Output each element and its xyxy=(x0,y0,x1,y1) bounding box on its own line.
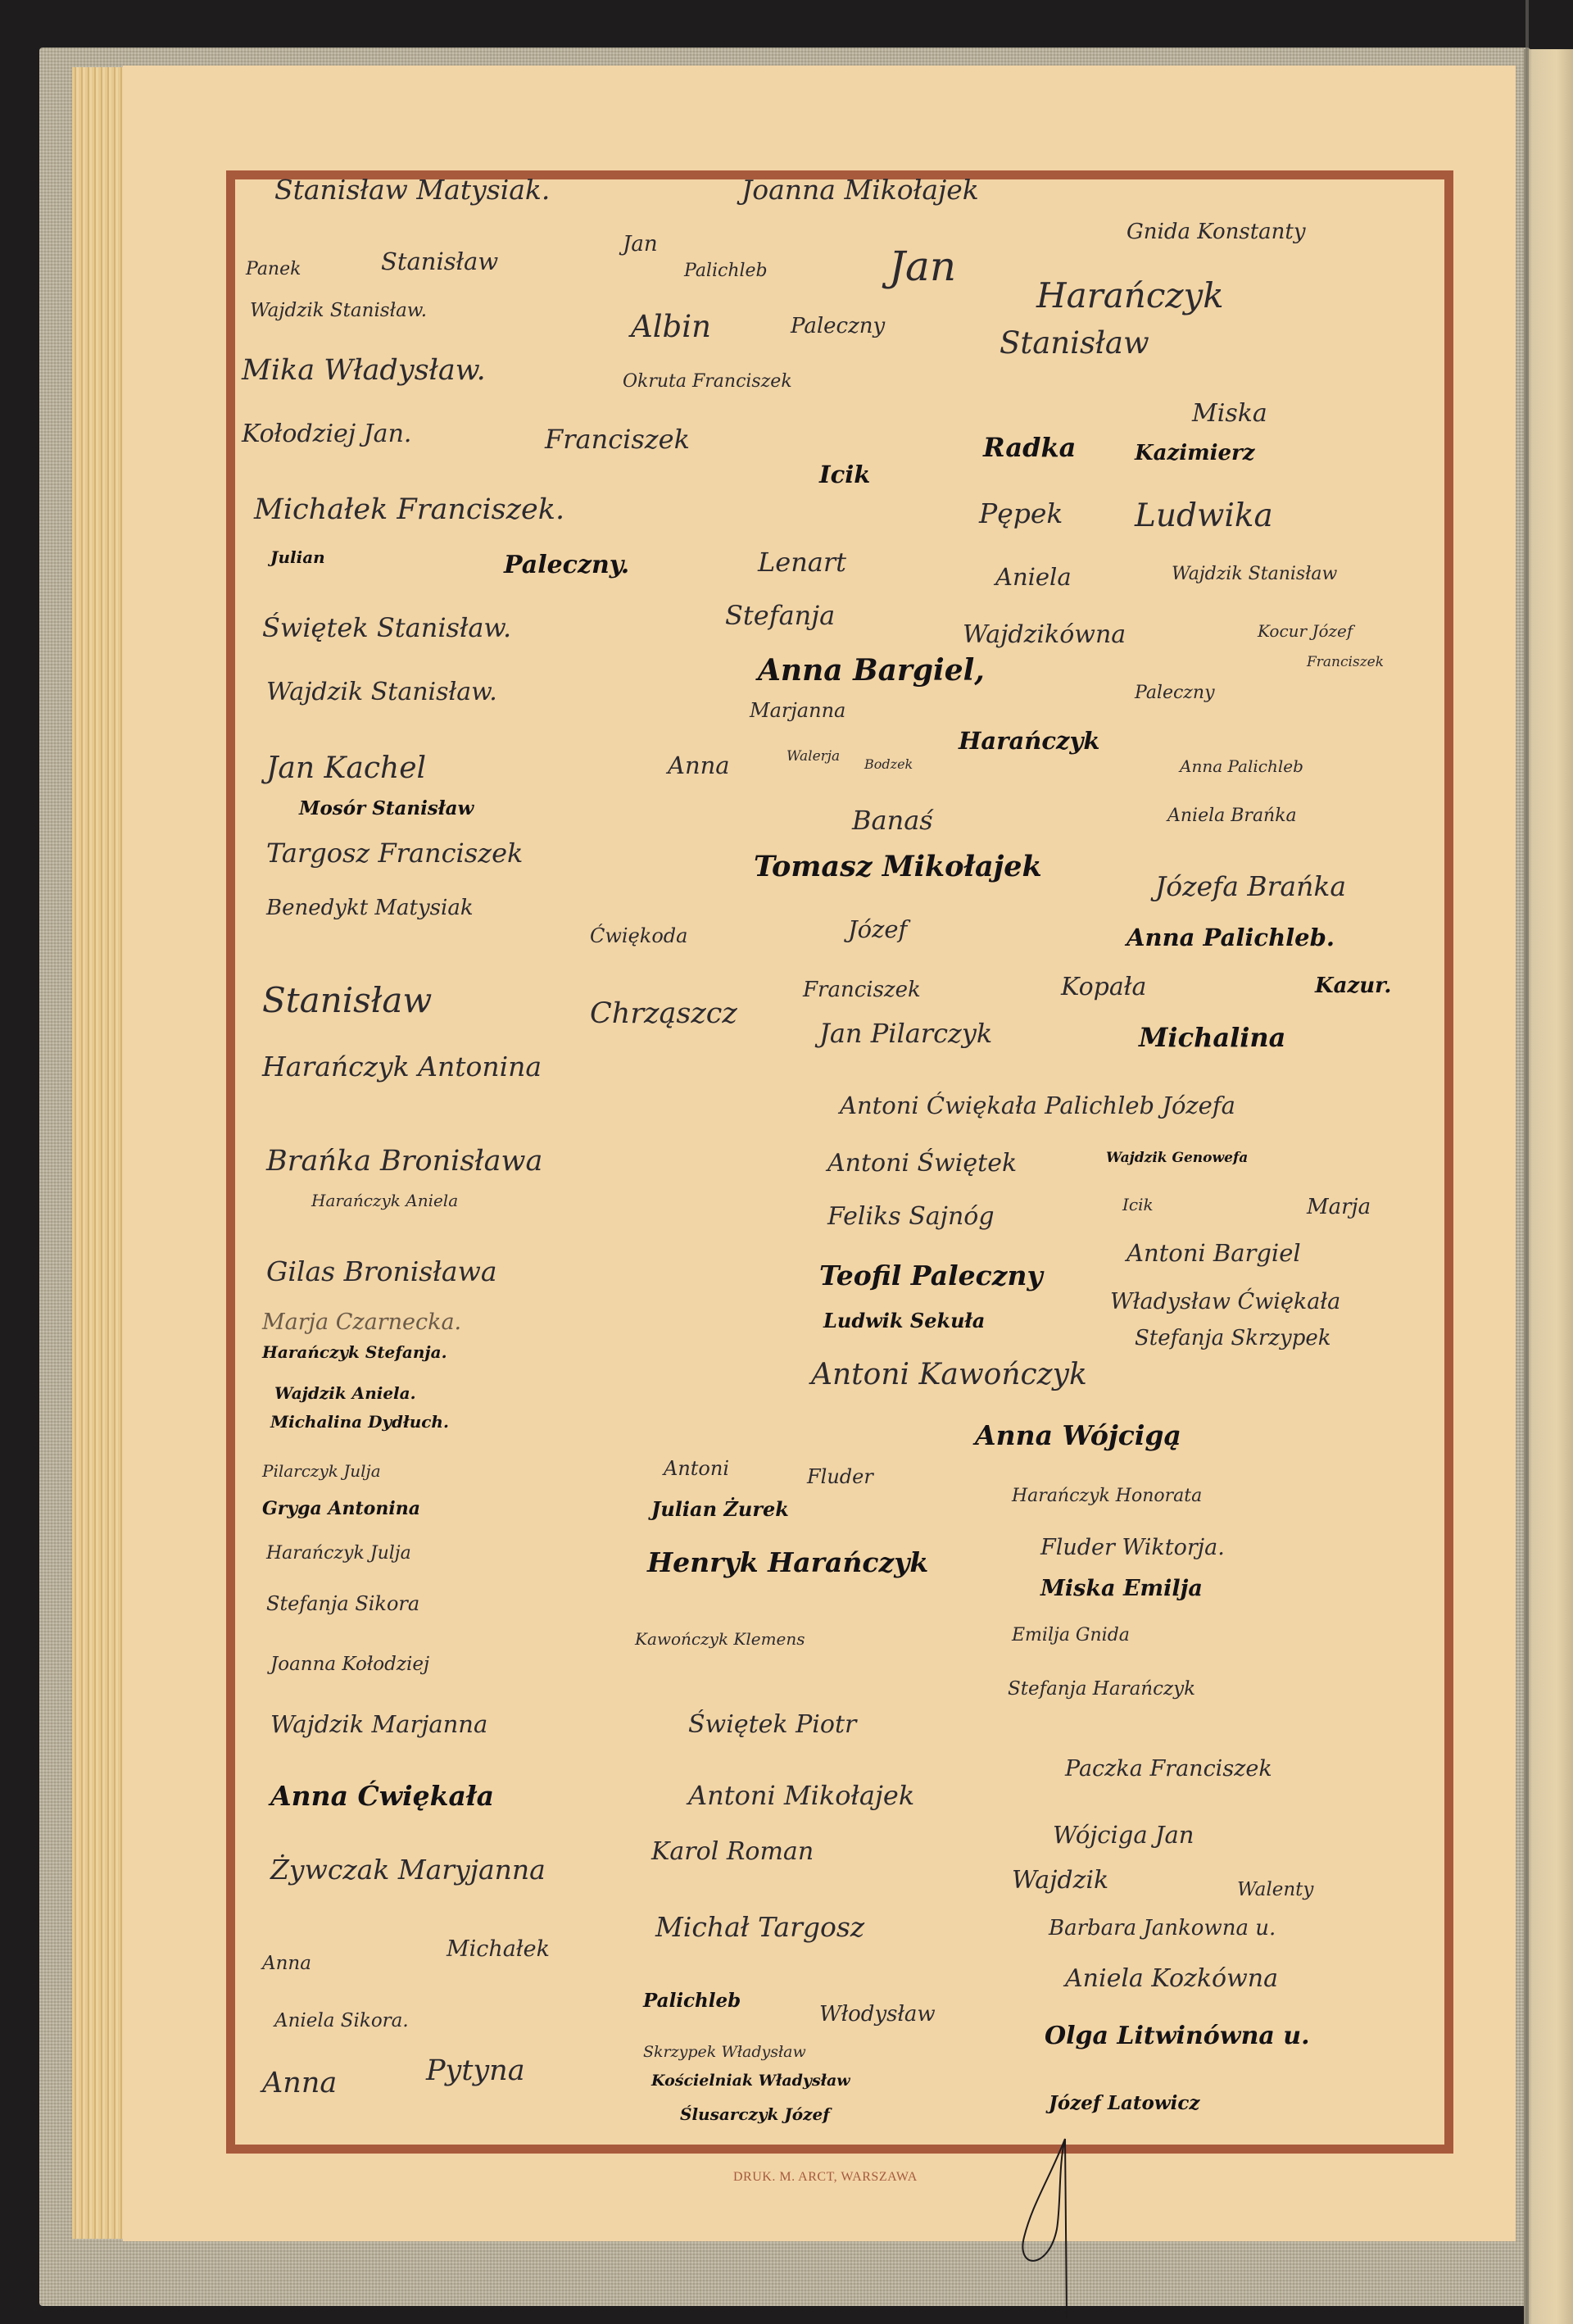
book-spine-fold xyxy=(1525,0,1529,2324)
signature: Kocur Józef xyxy=(1258,623,1353,639)
signature: Michałek xyxy=(447,1938,550,1960)
page-edges xyxy=(72,67,129,2239)
signature: Ćwiękoda xyxy=(590,926,687,946)
signature: Ślusarczyk Józef xyxy=(680,2106,830,2122)
signature: Emilja Gnida xyxy=(1012,1627,1130,1645)
signature-flourish xyxy=(1016,2131,1114,2324)
signature: Bodzek xyxy=(864,758,913,771)
signature: Stanisław Matysiak. xyxy=(274,176,550,203)
signature: Antoni Ćwiękała Palichleb Józefa xyxy=(840,1094,1235,1118)
signature: Stanisław xyxy=(262,983,432,1018)
signature: Kopała xyxy=(1061,975,1146,1000)
signature: Wajdzik Aniela. xyxy=(274,1385,416,1401)
signature: Żywczak Maryjanna xyxy=(270,1856,546,1883)
signature: Józef xyxy=(848,918,907,942)
signature: Wajdzik Stanisław. xyxy=(250,302,427,320)
signature: Brańka Bronisława xyxy=(266,1147,542,1176)
signature: Karol Roman xyxy=(651,1840,814,1864)
signature: Anna Palichleb xyxy=(1180,758,1303,774)
signature: Ludwik Sekuła xyxy=(823,1311,985,1331)
signature: Miska xyxy=(1192,402,1267,426)
signature: Okruta Franciszek xyxy=(623,373,792,391)
signature: Joanna Mikołajek xyxy=(741,176,979,203)
signature: Kościelniak Władysław xyxy=(651,2073,850,2089)
signature: Antoni Świętek xyxy=(827,1151,1017,1176)
signature: Miska Emilja xyxy=(1040,1577,1203,1600)
signature: Fluder xyxy=(807,1467,873,1487)
signature: Harańczyk Julja xyxy=(266,1545,411,1563)
signature: Anna xyxy=(668,754,730,778)
signature: Pytyna xyxy=(426,2057,525,2086)
signature: Wajdzik Marjanna xyxy=(270,1713,487,1736)
signature: Kazur. xyxy=(1315,975,1391,996)
signature: Tomasz Mikołajek xyxy=(754,852,1042,881)
signature: Joanna Kołodziej xyxy=(270,1655,429,1674)
next-page-gutter xyxy=(1524,49,1573,2324)
signature: Stefanja xyxy=(725,602,835,629)
signature: Świętek Stanisław. xyxy=(262,615,511,641)
signature: Barbara Jankowna u. xyxy=(1049,1918,1276,1939)
signature: Lenart xyxy=(758,549,846,575)
signature: Franciszek xyxy=(545,426,690,452)
signature: Józefa Brańka xyxy=(1155,873,1346,900)
signature: Wajdzik Stanisław. xyxy=(266,680,497,705)
signature: Anna Palichleb. xyxy=(1126,926,1335,950)
signature: Wójciga Jan xyxy=(1053,1823,1194,1847)
signature: Palichleb xyxy=(643,1991,741,2010)
signature: Stefanja Harańczyk xyxy=(1008,1680,1195,1699)
signature: Marja Czarnecka. xyxy=(262,1311,461,1333)
signature: Marjanna xyxy=(750,701,845,720)
signature: Jan Pilarczyk xyxy=(819,1020,992,1046)
signature: Chrząszcz xyxy=(590,1000,737,1028)
signature: Józef Latowicz xyxy=(1049,2094,1199,2113)
signature: Jan Kachel xyxy=(266,754,426,783)
signature: Antoni Mikołajek xyxy=(688,1782,914,1809)
signature: Kawończyk Klemens xyxy=(635,1631,805,1647)
signature: Palichleb xyxy=(684,262,768,280)
signature: Icik xyxy=(1122,1196,1154,1213)
signature: Stefanja Skrzypek xyxy=(1135,1328,1331,1349)
signature: Aniela Brańka xyxy=(1167,807,1297,825)
signature: Antoni xyxy=(664,1459,729,1478)
signature: Gryga Antonina xyxy=(262,1500,420,1518)
signature: Michalina xyxy=(1139,1024,1285,1051)
signature: Jan xyxy=(623,234,658,255)
signature: Ludwika xyxy=(1135,500,1273,532)
signature: Anna Ćwiękała xyxy=(270,1782,494,1809)
signature: Harańczyk xyxy=(1036,279,1224,313)
signature: Stanisław xyxy=(1000,328,1149,358)
signature: Harańczyk Honorata xyxy=(1012,1487,1202,1505)
signature: Pilarczyk Julja xyxy=(262,1463,381,1479)
signature: Antoni Bargiel xyxy=(1126,1241,1301,1265)
signature: Julian Żurek xyxy=(651,1500,789,1519)
signature: Aniela Kozkówna xyxy=(1065,1967,1278,1991)
signature: Pępek xyxy=(979,500,1063,527)
signature: Paleczny xyxy=(791,315,885,337)
signature: Aniela Sikora. xyxy=(274,2012,409,2031)
signature: Michał Targosz xyxy=(655,1913,864,1940)
signature: Skrzypek Władysław xyxy=(643,2045,806,2060)
signature: Harańczyk Aniela xyxy=(311,1192,458,1209)
signature: Anna Bargiel, xyxy=(758,656,985,685)
signature: Marja xyxy=(1307,1196,1371,1218)
signature: Paleczny xyxy=(1135,684,1215,702)
signature: Teofil Paleczny xyxy=(819,1262,1043,1289)
signature: Panek xyxy=(246,261,301,279)
signature: Feliks Sajnóg xyxy=(827,1205,995,1229)
signature: Wajdzikówna xyxy=(963,623,1126,647)
signature: Fluder Wiktorja. xyxy=(1040,1536,1225,1559)
signature: Radka xyxy=(983,434,1076,461)
signature: Włodysław xyxy=(819,2004,936,2025)
signature: Kołodziej Jan. xyxy=(242,422,411,447)
signature: Henryk Harańczyk xyxy=(647,1549,928,1576)
signature: Stefanja Sikora xyxy=(266,1594,419,1614)
signature: Icik xyxy=(819,463,870,487)
signature: Michalina Dydłuch. xyxy=(270,1414,449,1430)
signature: Walenty xyxy=(1237,1881,1313,1900)
signature: Wajdzik xyxy=(1012,1868,1108,1893)
signature: Anna xyxy=(262,2069,337,2098)
printer-imprint: DRUK. M. ARCT, WARSZAWA xyxy=(733,2170,918,2185)
signature: Julian xyxy=(270,549,325,565)
signature: Michałek Franciszek. xyxy=(254,496,564,524)
signature: Anna Wójcigą xyxy=(975,1422,1181,1449)
signature: Albin xyxy=(631,311,711,342)
signature: Antoni Kawończyk xyxy=(811,1360,1087,1390)
signature: Harańczyk Antonina xyxy=(262,1053,542,1080)
signature: Franciszek xyxy=(803,979,921,1001)
signature: Wajdzik Stanisław xyxy=(1172,565,1337,583)
signature: Kazimierz xyxy=(1135,443,1254,464)
signature: Franciszek xyxy=(1307,656,1384,670)
signature: Świętek Piotr xyxy=(688,1713,856,1737)
signature: Harańczyk Stefanja. xyxy=(262,1344,447,1360)
signature: Banaś xyxy=(852,807,933,833)
signature: Benedykt Matysiak xyxy=(266,897,474,919)
signature: Gnida Konstanty xyxy=(1126,221,1306,243)
signature: Wajdzik Genowefa xyxy=(1106,1151,1248,1165)
signature: Gilas Bronisława xyxy=(266,1258,497,1285)
signature: Stanisław xyxy=(381,250,498,274)
signature: Paczka Franciszek xyxy=(1065,1758,1272,1780)
signature: Olga Litwinówna u. xyxy=(1045,2024,1310,2049)
signature: Walerja xyxy=(786,750,840,764)
signature: Mika Władysław. xyxy=(242,356,486,385)
signature: Mosór Stanisław xyxy=(299,799,474,818)
signature: Aniela xyxy=(995,565,1072,589)
signature: Jan xyxy=(889,246,956,287)
signature: Anna xyxy=(262,1954,311,1973)
signature: Paleczny. xyxy=(504,553,629,578)
signature: Władysław Ćwiękała xyxy=(1110,1291,1340,1313)
signature: Targosz Franciszek xyxy=(266,840,523,866)
signature: Harańczyk xyxy=(959,729,1099,753)
